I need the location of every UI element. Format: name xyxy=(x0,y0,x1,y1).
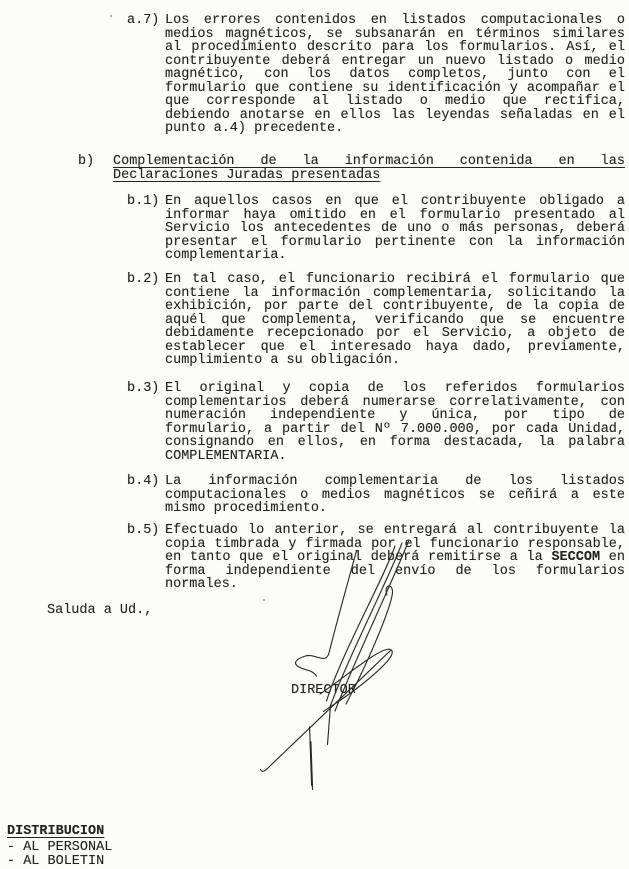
director-title: DIRECTOR xyxy=(291,684,356,698)
distribution-item: - AL BOLETIN xyxy=(7,855,112,869)
scan-speck xyxy=(110,15,112,17)
item-text-b1: En aquellos casos en que el contribuyent… xyxy=(165,194,625,263)
item-text-a7: Los errores contenidos en listados compu… xyxy=(165,13,625,136)
item-text-b4: La información complementaria de los lis… xyxy=(165,474,625,516)
distribution-item: - AL PERSONAL xyxy=(7,841,112,855)
paragraph-b4: b.4) La información complementaria de lo… xyxy=(127,475,625,516)
item-label-b1: b.1) xyxy=(127,195,159,209)
item-text-b3: El original y copia de los referidos for… xyxy=(165,381,625,464)
paragraph-a7: a.7) Los errores contenidos en listados … xyxy=(127,14,625,136)
paragraph-b3: b.3) El original y copia de los referido… xyxy=(127,382,625,463)
section-b-heading: Complementación de la información conten… xyxy=(113,154,625,183)
item-label-b4: b.4) xyxy=(127,475,159,489)
scan-speck xyxy=(616,300,618,302)
distribution-block: DISTRIBUCION - AL PERSONAL - AL BOLETIN xyxy=(7,825,112,869)
document-page: { "colors": { "paper": "#fcfcfa", "ink":… xyxy=(0,0,629,869)
paragraph-b5: b.5)Efectuado lo anterior, se entregará … xyxy=(127,524,625,592)
item-label-b5: b.5) xyxy=(127,524,159,538)
paragraph-b1: b.1) En aquellos casos en que el contrib… xyxy=(127,195,625,263)
paragraph-b2: b.2) En tal caso, el funcionario recibir… xyxy=(127,273,625,368)
item-label-a7: a.7) xyxy=(127,14,159,28)
item-label-b2: b.2) xyxy=(127,273,159,287)
item-label-b3: b.3) xyxy=(127,382,159,396)
section-b-heading-block: b) Complementación de la información con… xyxy=(78,155,625,182)
distribution-heading: DISTRIBUCION xyxy=(7,825,112,839)
closing-salutation: Saluda a Ud., xyxy=(47,604,152,618)
item-text-b2: En tal caso, el funcionario recibirá el … xyxy=(165,272,625,368)
section-b-label: b) xyxy=(78,155,94,169)
scan-speck xyxy=(263,599,265,601)
